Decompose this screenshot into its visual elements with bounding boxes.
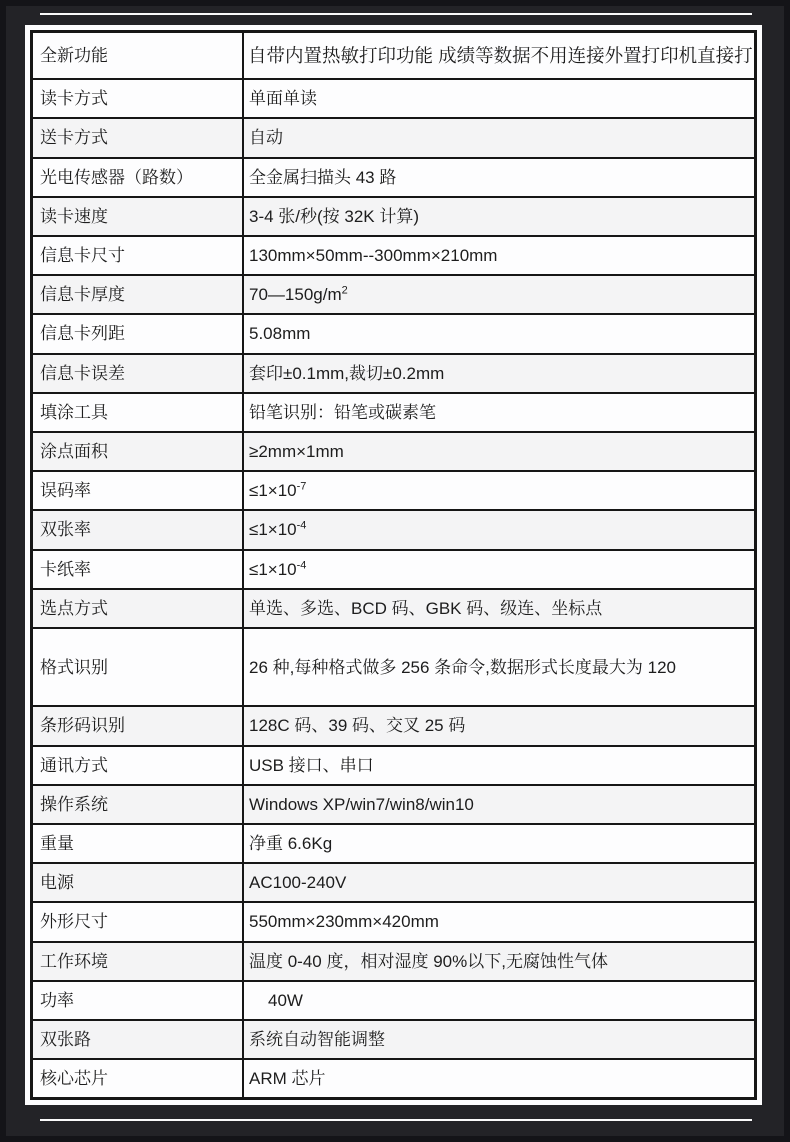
spec-value-text: 40W (268, 991, 303, 1010)
table-row: 信息卡列距5.08mm (32, 314, 756, 353)
spec-value-text: 净重 6.6Kg (249, 834, 332, 853)
bottom-divider-line (40, 1119, 752, 1121)
table-row: 信息卡尺寸130mm×50mm--300mm×210mm (32, 236, 756, 275)
spec-value-cell: 自带内置热敏打印功能 成绩等数据不用连接外置打印机直接打印。 (243, 32, 756, 80)
spec-label-cell: 送卡方式 (32, 118, 244, 157)
spec-label-cell: 选点方式 (32, 589, 244, 628)
spec-table-body: 全新功能自带内置热敏打印功能 成绩等数据不用连接外置打印机直接打印。读卡方式单面… (32, 32, 756, 1099)
spec-value-cell: 26 种,每种格式做多 256 条命令,数据形式长度最大为 120 (243, 628, 756, 706)
table-row: 格式识别26 种,每种格式做多 256 条命令,数据形式长度最大为 120 (32, 628, 756, 706)
spec-value-text: 自动 (249, 128, 283, 147)
spec-value-cell: 3-4 张/秒(按 32K 计算) (243, 197, 756, 236)
spec-value-cell: 温度 0-40 度，相对湿度 90%以下,无腐蚀性气体 (243, 942, 756, 981)
spec-value-text: USB 接口、串口 (249, 756, 374, 775)
table-row: 核心芯片ARM 芯片 (32, 1059, 756, 1098)
spec-value-text: 130mm×50mm--300mm×210mm (249, 246, 497, 265)
table-row: 通讯方式USB 接口、串口 (32, 746, 756, 785)
spec-label-cell: 双张路 (32, 1020, 244, 1059)
table-row: 功率40W (32, 981, 756, 1020)
spec-label-cell: 双张率 (32, 510, 244, 549)
spec-label-cell: 电源 (32, 863, 244, 902)
spec-label-cell: 信息卡厚度 (32, 275, 244, 314)
table-row: 送卡方式自动 (32, 118, 756, 157)
spec-label-cell: 重量 (32, 824, 244, 863)
spec-value-cell: 130mm×50mm--300mm×210mm (243, 236, 756, 275)
spec-value-superscript: -4 (297, 520, 307, 532)
table-row: 涂点面积≥2mm×1mm (32, 432, 756, 471)
spec-label-cell: 信息卡尺寸 (32, 236, 244, 275)
spec-label-cell: 功率 (32, 981, 244, 1020)
spec-value-cell: 全金属扫描头 43 路 (243, 158, 756, 197)
spec-value-cell: 自动 (243, 118, 756, 157)
spec-sheet-panel: 全新功能自带内置热敏打印功能 成绩等数据不用连接外置打印机直接打印。读卡方式单面… (25, 25, 762, 1105)
table-row: 读卡速度3-4 张/秒(按 32K 计算) (32, 197, 756, 236)
spec-value-cell: 套印±0.1mm,裁切±0.2mm (243, 354, 756, 393)
spec-label-cell: 操作系统 (32, 785, 244, 824)
spec-value-cell: ≤1×10-7 (243, 471, 756, 510)
spec-value-text: ≤1×10 (249, 560, 297, 579)
spec-value-text: 26 种,每种格式做多 256 条命令,数据形式长度最大为 120 (249, 658, 676, 677)
spec-value-cell: 5.08mm (243, 314, 756, 353)
spec-value-cell: ≤1×10-4 (243, 550, 756, 589)
table-row: 误码率≤1×10-7 (32, 471, 756, 510)
spec-value-cell: USB 接口、串口 (243, 746, 756, 785)
spec-value-text: 温度 0-40 度，相对湿度 90%以下,无腐蚀性气体 (249, 952, 608, 971)
spec-label-cell: 信息卡误差 (32, 354, 244, 393)
spec-label-cell: 外形尺寸 (32, 902, 244, 941)
spec-value-cell: AC100-240V (243, 863, 756, 902)
spec-label-cell: 读卡方式 (32, 79, 244, 118)
table-row: 工作环境温度 0-40 度，相对湿度 90%以下,无腐蚀性气体 (32, 942, 756, 981)
spec-value-cell: Windows XP/win7/win8/win10 (243, 785, 756, 824)
spec-value-text: 全金属扫描头 43 路 (249, 168, 396, 187)
spec-value-cell: 净重 6.6Kg (243, 824, 756, 863)
spec-value-superscript: -4 (297, 559, 307, 571)
spec-label-cell: 核心芯片 (32, 1059, 244, 1098)
top-divider-line (40, 13, 752, 15)
spec-value-text: ≤1×10 (249, 481, 297, 500)
spec-value-text: Windows XP/win7/win8/win10 (249, 795, 474, 814)
table-row: 双张率≤1×10-4 (32, 510, 756, 549)
spec-value-text: 128C 码、39 码、交叉 25 码 (249, 716, 465, 735)
table-row: 信息卡误差套印±0.1mm,裁切±0.2mm (32, 354, 756, 393)
spec-value-text: 550mm×230mm×420mm (249, 912, 439, 931)
spec-label-cell: 读卡速度 (32, 197, 244, 236)
table-row: 外形尺寸550mm×230mm×420mm (32, 902, 756, 941)
spec-value-text: 3-4 张/秒(按 32K 计算) (249, 207, 419, 226)
spec-value-cell: 550mm×230mm×420mm (243, 902, 756, 941)
spec-value-text: AC100-240V (249, 873, 346, 892)
spec-value-text: 套印±0.1mm,裁切±0.2mm (249, 364, 444, 383)
table-row: 读卡方式单面单读 (32, 79, 756, 118)
spec-value-text: 单面单读 (249, 89, 317, 108)
spec-label-cell: 格式识别 (32, 628, 244, 706)
spec-value-cell: ≤1×10-4 (243, 510, 756, 549)
spec-value-cell: 单选、多选、BCD 码、GBK 码、级连、坐标点 (243, 589, 756, 628)
spec-table: 全新功能自带内置热敏打印功能 成绩等数据不用连接外置打印机直接打印。读卡方式单面… (30, 30, 757, 1100)
table-row: 电源AC100-240V (32, 863, 756, 902)
table-row: 操作系统Windows XP/win7/win8/win10 (32, 785, 756, 824)
spec-value-cell: 128C 码、39 码、交叉 25 码 (243, 706, 756, 745)
spec-value-superscript: 2 (342, 285, 348, 297)
spec-label-cell: 误码率 (32, 471, 244, 510)
table-row: 全新功能自带内置热敏打印功能 成绩等数据不用连接外置打印机直接打印。 (32, 32, 756, 80)
spec-value-text: 5.08mm (249, 324, 310, 343)
table-row: 信息卡厚度70—150g/m2 (32, 275, 756, 314)
spec-value-superscript: -7 (297, 481, 307, 493)
spec-label-cell: 条形码识别 (32, 706, 244, 745)
spec-value-cell: 40W (243, 981, 756, 1020)
spec-value-cell: ≥2mm×1mm (243, 432, 756, 471)
spec-value-text: 系统自动智能调整 (249, 1030, 385, 1049)
spec-value-text: ≥2mm×1mm (249, 442, 344, 461)
spec-label-cell: 工作环境 (32, 942, 244, 981)
table-row: 双张路系统自动智能调整 (32, 1020, 756, 1059)
spec-value-text: 自带内置热敏打印功能 成绩等数据不用连接外置打印机直接打印。 (248, 45, 756, 66)
spec-value-cell: 铅笔识别：铅笔或碳素笔 (243, 393, 756, 432)
spec-value-text: ARM 芯片 (249, 1069, 326, 1088)
table-row: 卡纸率≤1×10-4 (32, 550, 756, 589)
spec-value-cell: 单面单读 (243, 79, 756, 118)
spec-value-cell: ARM 芯片 (243, 1059, 756, 1098)
spec-label-cell: 卡纸率 (32, 550, 244, 589)
table-row: 条形码识别128C 码、39 码、交叉 25 码 (32, 706, 756, 745)
spec-value-text: ≤1×10 (249, 520, 297, 539)
spec-label-cell: 通讯方式 (32, 746, 244, 785)
table-row: 光电传感器（路数）全金属扫描头 43 路 (32, 158, 756, 197)
table-row: 重量净重 6.6Kg (32, 824, 756, 863)
table-row: 选点方式单选、多选、BCD 码、GBK 码、级连、坐标点 (32, 589, 756, 628)
table-row: 填涂工具铅笔识别：铅笔或碳素笔 (32, 393, 756, 432)
spec-value-text: 铅笔识别：铅笔或碳素笔 (249, 403, 436, 422)
spec-value-text: 单选、多选、BCD 码、GBK 码、级连、坐标点 (249, 599, 602, 618)
spec-value-cell: 系统自动智能调整 (243, 1020, 756, 1059)
spec-value-cell: 70—150g/m2 (243, 275, 756, 314)
spec-label-cell: 填涂工具 (32, 393, 244, 432)
spec-value-text: 70—150g/m (249, 285, 342, 304)
spec-label-cell: 信息卡列距 (32, 314, 244, 353)
spec-label-cell: 光电传感器（路数） (32, 158, 244, 197)
spec-label-cell: 涂点面积 (32, 432, 244, 471)
spec-label-cell: 全新功能 (32, 32, 244, 80)
